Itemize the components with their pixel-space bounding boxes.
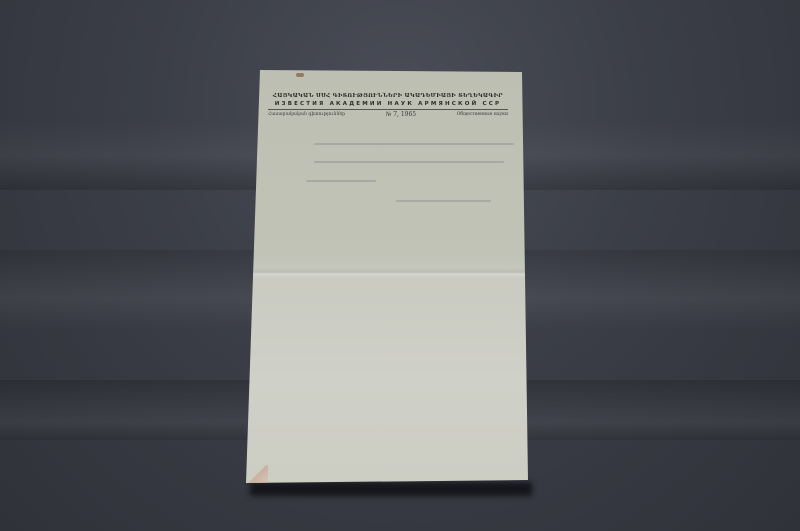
typed-line	[306, 180, 376, 182]
paper-shadow	[250, 482, 532, 496]
paper-fold-crease	[246, 268, 528, 278]
typed-line	[396, 200, 491, 202]
paper-corner-tear	[246, 465, 268, 483]
typed-line	[314, 143, 514, 145]
letterhead-sheet: ՀԱՅԿԱԿԱՆ ՍՍՀ ԳԻՏՈՒԹՅՈՒՆՆԵՐԻ ԱԿԱԴԵՄԻԱՅԻ Տ…	[246, 70, 528, 483]
typed-line	[314, 161, 504, 163]
